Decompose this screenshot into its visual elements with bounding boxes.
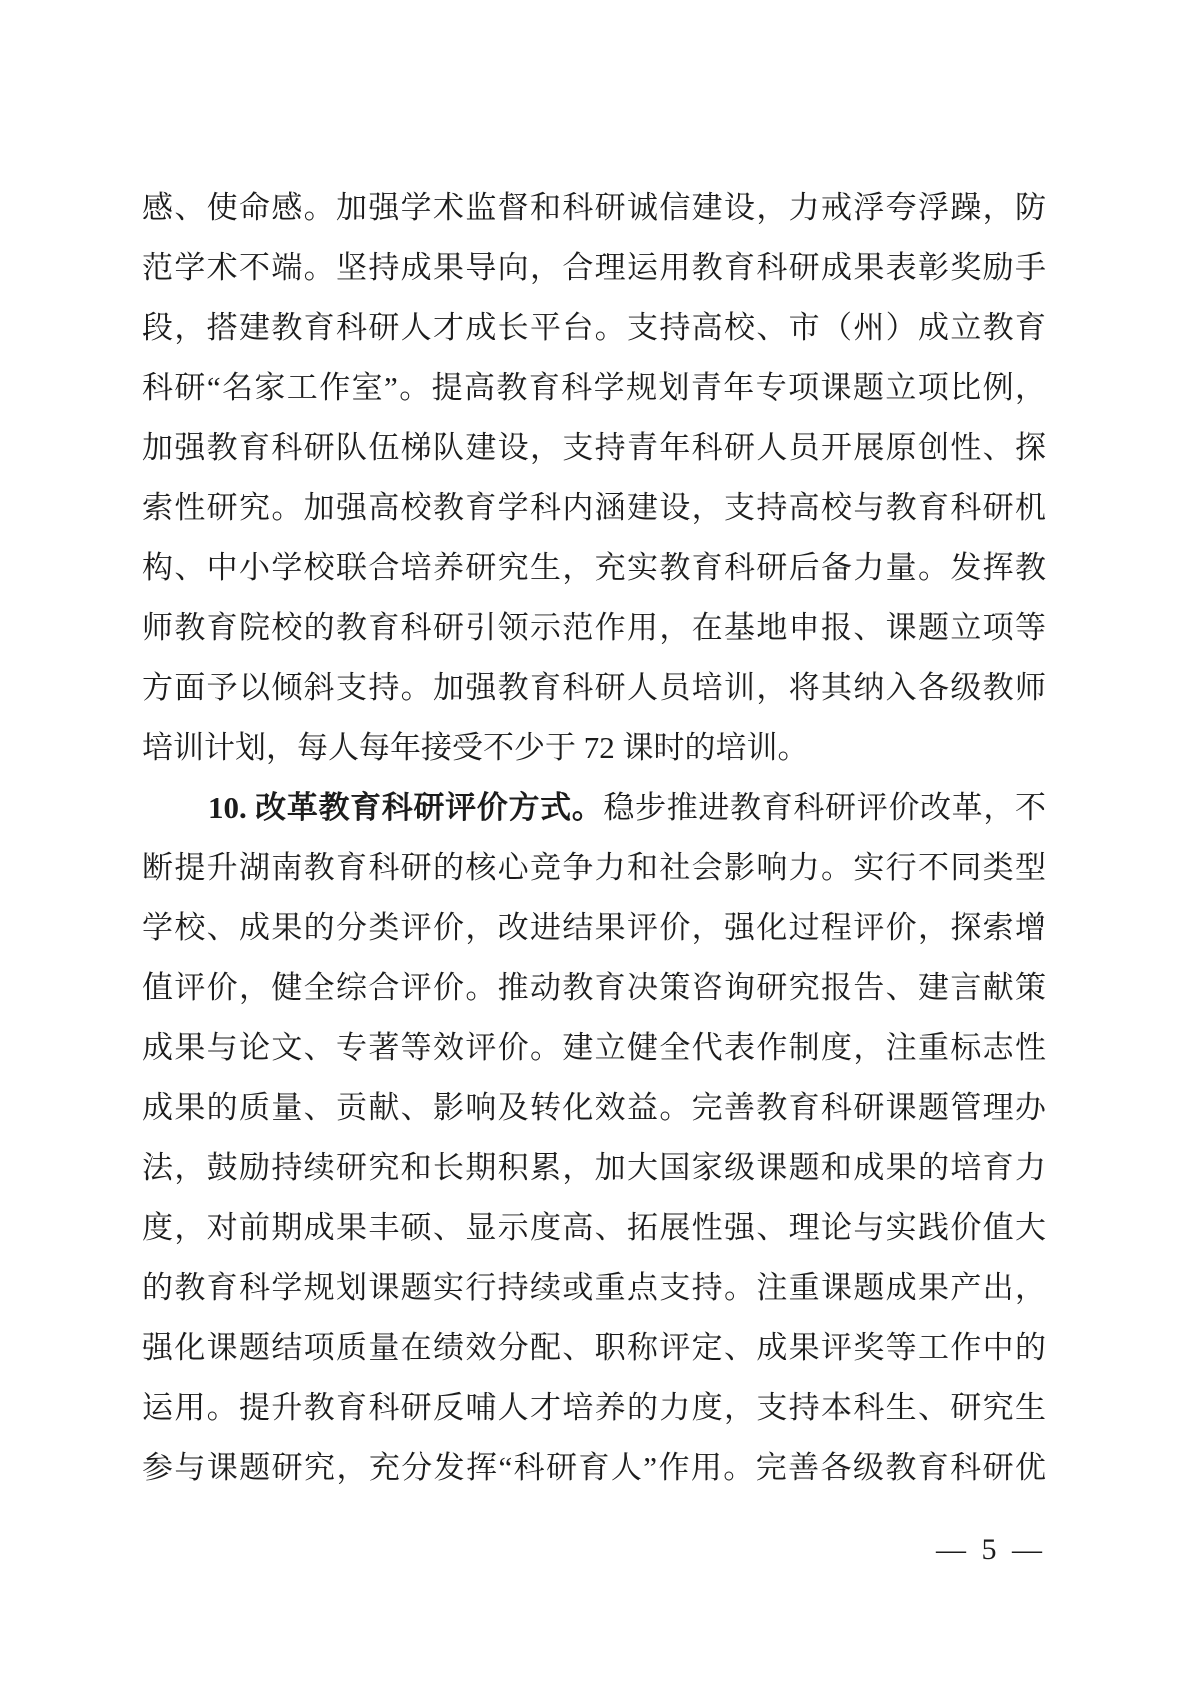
text-line: 科研“名家工作室”。提高教育科学规划青年专项课题立项比例， <box>142 358 1046 418</box>
text-line: 索性研究。加强高校教育学科内涵建设，支持高校与教育科研机 <box>142 478 1046 538</box>
text-line: 范学术不端。坚持成果导向，合理运用教育科研成果表彰奖励手 <box>142 238 1046 298</box>
page-number: — 5 — <box>142 1532 1046 1568</box>
text-line: 运用。提升教育科研反哺人才培养的力度，支持本科生、研究生 <box>142 1378 1046 1438</box>
item-number-title: 10. 改革教育科研评价方式。 <box>208 790 603 825</box>
text-line: 段，搭建教育科研人才成长平台。支持高校、市（州）成立教育 <box>142 298 1046 358</box>
paragraph-2: 10. 改革教育科研评价方式。稳步推进教育科研评价改革，不 断提升湖南教育科研的… <box>142 778 1046 1498</box>
text-line: 感、使命感。加强学术监督和科研诚信建设，力戒浮夸浮躁，防 <box>142 178 1046 238</box>
text-line: 方面予以倾斜支持。加强教育科研人员培训，将其纳入各级教师 <box>142 658 1046 718</box>
text-line: 学校、成果的分类评价，改进结果评价，强化过程评价，探索增 <box>142 898 1046 958</box>
text-line: 度，对前期成果丰硕、显示度高、拓展性强、理论与实践价值大 <box>142 1198 1046 1258</box>
text-block: 感、使命感。加强学术监督和科研诚信建设，力戒浮夸浮躁，防 范学术不端。坚持成果导… <box>142 178 1046 1568</box>
text-line: 成果的质量、贡献、影响及转化效益。完善教育科研课题管理办 <box>142 1078 1046 1138</box>
text-line: 强化课题结项质量在绩效分配、职称评定、成果评奖等工作中的 <box>142 1318 1046 1378</box>
document-page: 感、使命感。加强学术监督和科研诚信建设，力戒浮夸浮躁，防 范学术不端。坚持成果导… <box>0 0 1191 1684</box>
text-line: 成果与论文、专著等效评价。建立健全代表作制度，注重标志性 <box>142 1018 1046 1078</box>
text-line: 培训计划，每人每年接受不少于 72 课时的培训。 <box>142 718 1046 778</box>
text-line: 值评价，健全综合评价。推动教育决策咨询研究报告、建言献策 <box>142 958 1046 1018</box>
text-line: 断提升湖南教育科研的核心竞争力和社会影响力。实行不同类型 <box>142 838 1046 898</box>
text-line: 师教育院校的教育科研引领示范作用，在基地申报、课题立项等 <box>142 598 1046 658</box>
text-line: 加强教育科研队伍梯队建设，支持青年科研人员开展原创性、探 <box>142 418 1046 478</box>
paragraph-1: 感、使命感。加强学术监督和科研诚信建设，力戒浮夸浮躁，防 范学术不端。坚持成果导… <box>142 178 1046 778</box>
item-body-start: 稳步推进教育科研评价改革，不 <box>603 790 1046 825</box>
text-line: 法，鼓励持续研究和长期积累，加大国家级课题和成果的培育力 <box>142 1138 1046 1198</box>
text-line: 参与课题研究，充分发挥“科研育人”作用。完善各级教育科研优 <box>142 1438 1046 1498</box>
text-line: 的教育科学规划课题实行持续或重点支持。注重课题成果产出， <box>142 1258 1046 1318</box>
text-line-item-heading: 10. 改革教育科研评价方式。稳步推进教育科研评价改革，不 <box>142 778 1046 838</box>
text-line: 构、中小学校联合培养研究生，充实教育科研后备力量。发挥教 <box>142 538 1046 598</box>
